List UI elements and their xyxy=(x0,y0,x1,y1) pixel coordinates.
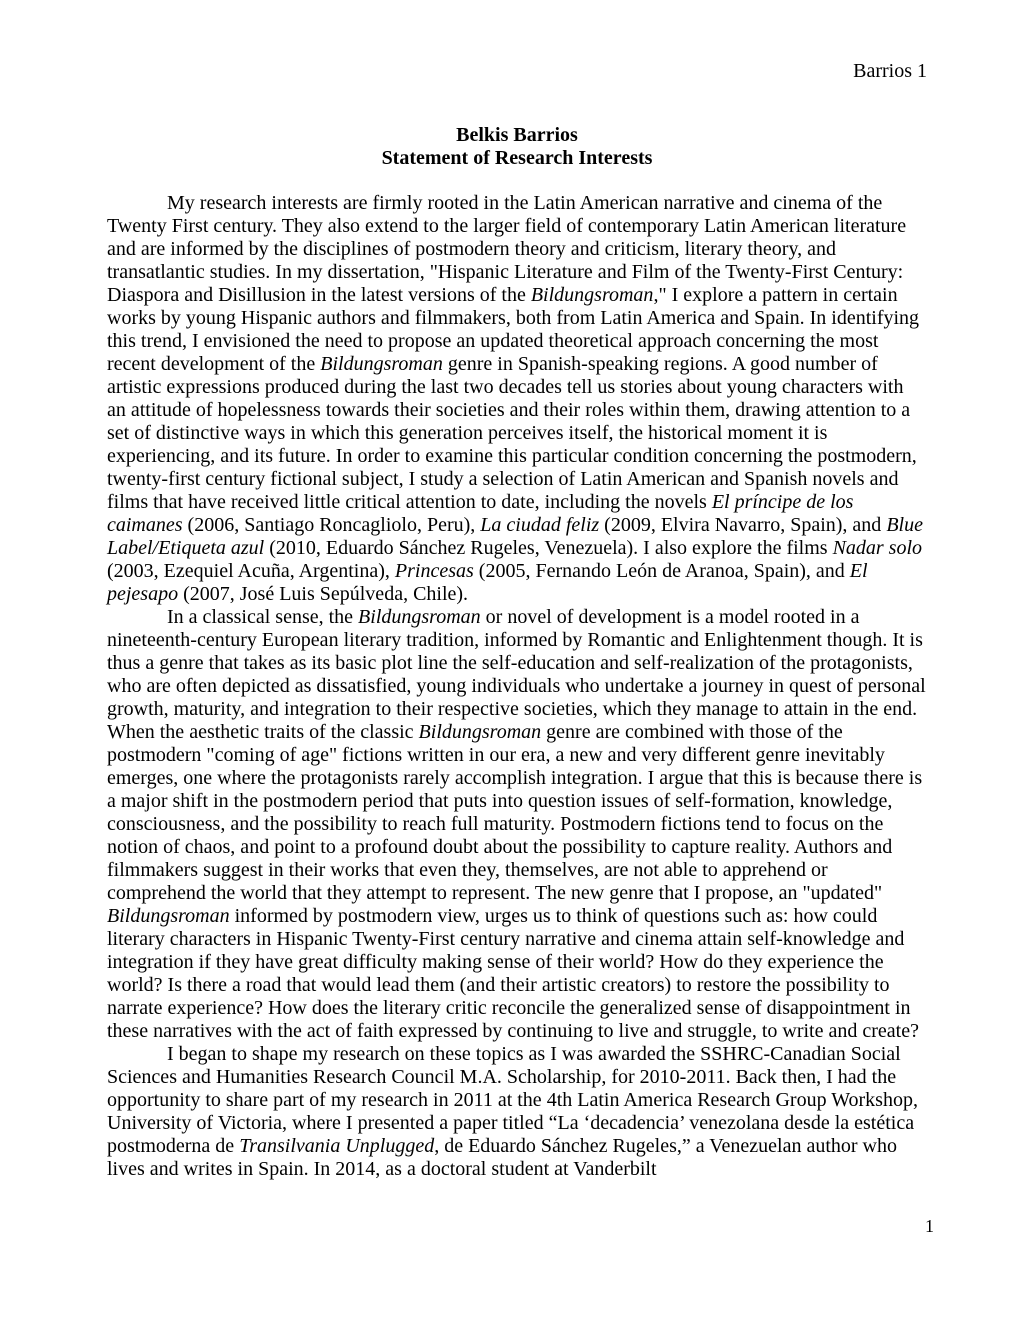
text-run: genre are combined with those of the pos… xyxy=(107,721,922,904)
paragraph-1: My research interests are firmly rooted … xyxy=(107,192,927,606)
text-run: (2009, Elvira Navarro, Spain), and xyxy=(599,514,886,536)
italic-title-run: Bildungsroman xyxy=(419,721,542,743)
italic-title-run: Bildungsroman xyxy=(358,606,481,628)
page-footer: 1 xyxy=(925,1216,934,1236)
text-run: informed by postmodern view, urges us to… xyxy=(107,905,919,1042)
page-number: 1 xyxy=(925,1216,934,1236)
text-run: (2003, Ezequiel Acuña, Argentina), xyxy=(107,560,395,582)
text-run: In a classical sense, the xyxy=(167,606,358,628)
italic-title-run: Princesas xyxy=(395,560,474,582)
italic-title-run: Transilvania Unplugged xyxy=(239,1135,434,1157)
paragraph-3: I began to shape my research on these to… xyxy=(107,1043,927,1181)
text-run: (2007, José Luis Sepúlveda, Chile). xyxy=(178,583,468,605)
author-name: Belkis Barrios xyxy=(107,124,927,147)
title-block: Belkis Barrios Statement of Research Int… xyxy=(107,124,927,170)
italic-title-run: Nadar solo xyxy=(833,537,922,559)
page-header: Barrios 1 xyxy=(107,60,927,83)
text-run: genre in Spanish-speaking regions. A goo… xyxy=(107,353,917,513)
italic-title-run: Bildungsroman xyxy=(320,353,443,375)
text-run: (2006, Santiago Roncagliolo, Peru), xyxy=(183,514,481,536)
document-page: Barrios 1 Belkis Barrios Statement of Re… xyxy=(0,0,1020,1320)
italic-title-run: Bildungsroman xyxy=(531,284,654,306)
document-body: My research interests are firmly rooted … xyxy=(107,192,927,1181)
document-title: Statement of Research Interests xyxy=(107,147,927,170)
italic-title-run: La ciudad feliz xyxy=(480,514,599,536)
running-head: Barrios 1 xyxy=(853,60,927,82)
italic-title-run: Bildungsroman xyxy=(107,905,230,927)
text-run: (2010, Eduardo Sánchez Rugeles, Venezuel… xyxy=(264,537,832,559)
text-run: (2005, Fernando León de Aranoa, Spain), … xyxy=(474,560,850,582)
paragraph-2: In a classical sense, the Bildungsroman … xyxy=(107,606,927,1043)
